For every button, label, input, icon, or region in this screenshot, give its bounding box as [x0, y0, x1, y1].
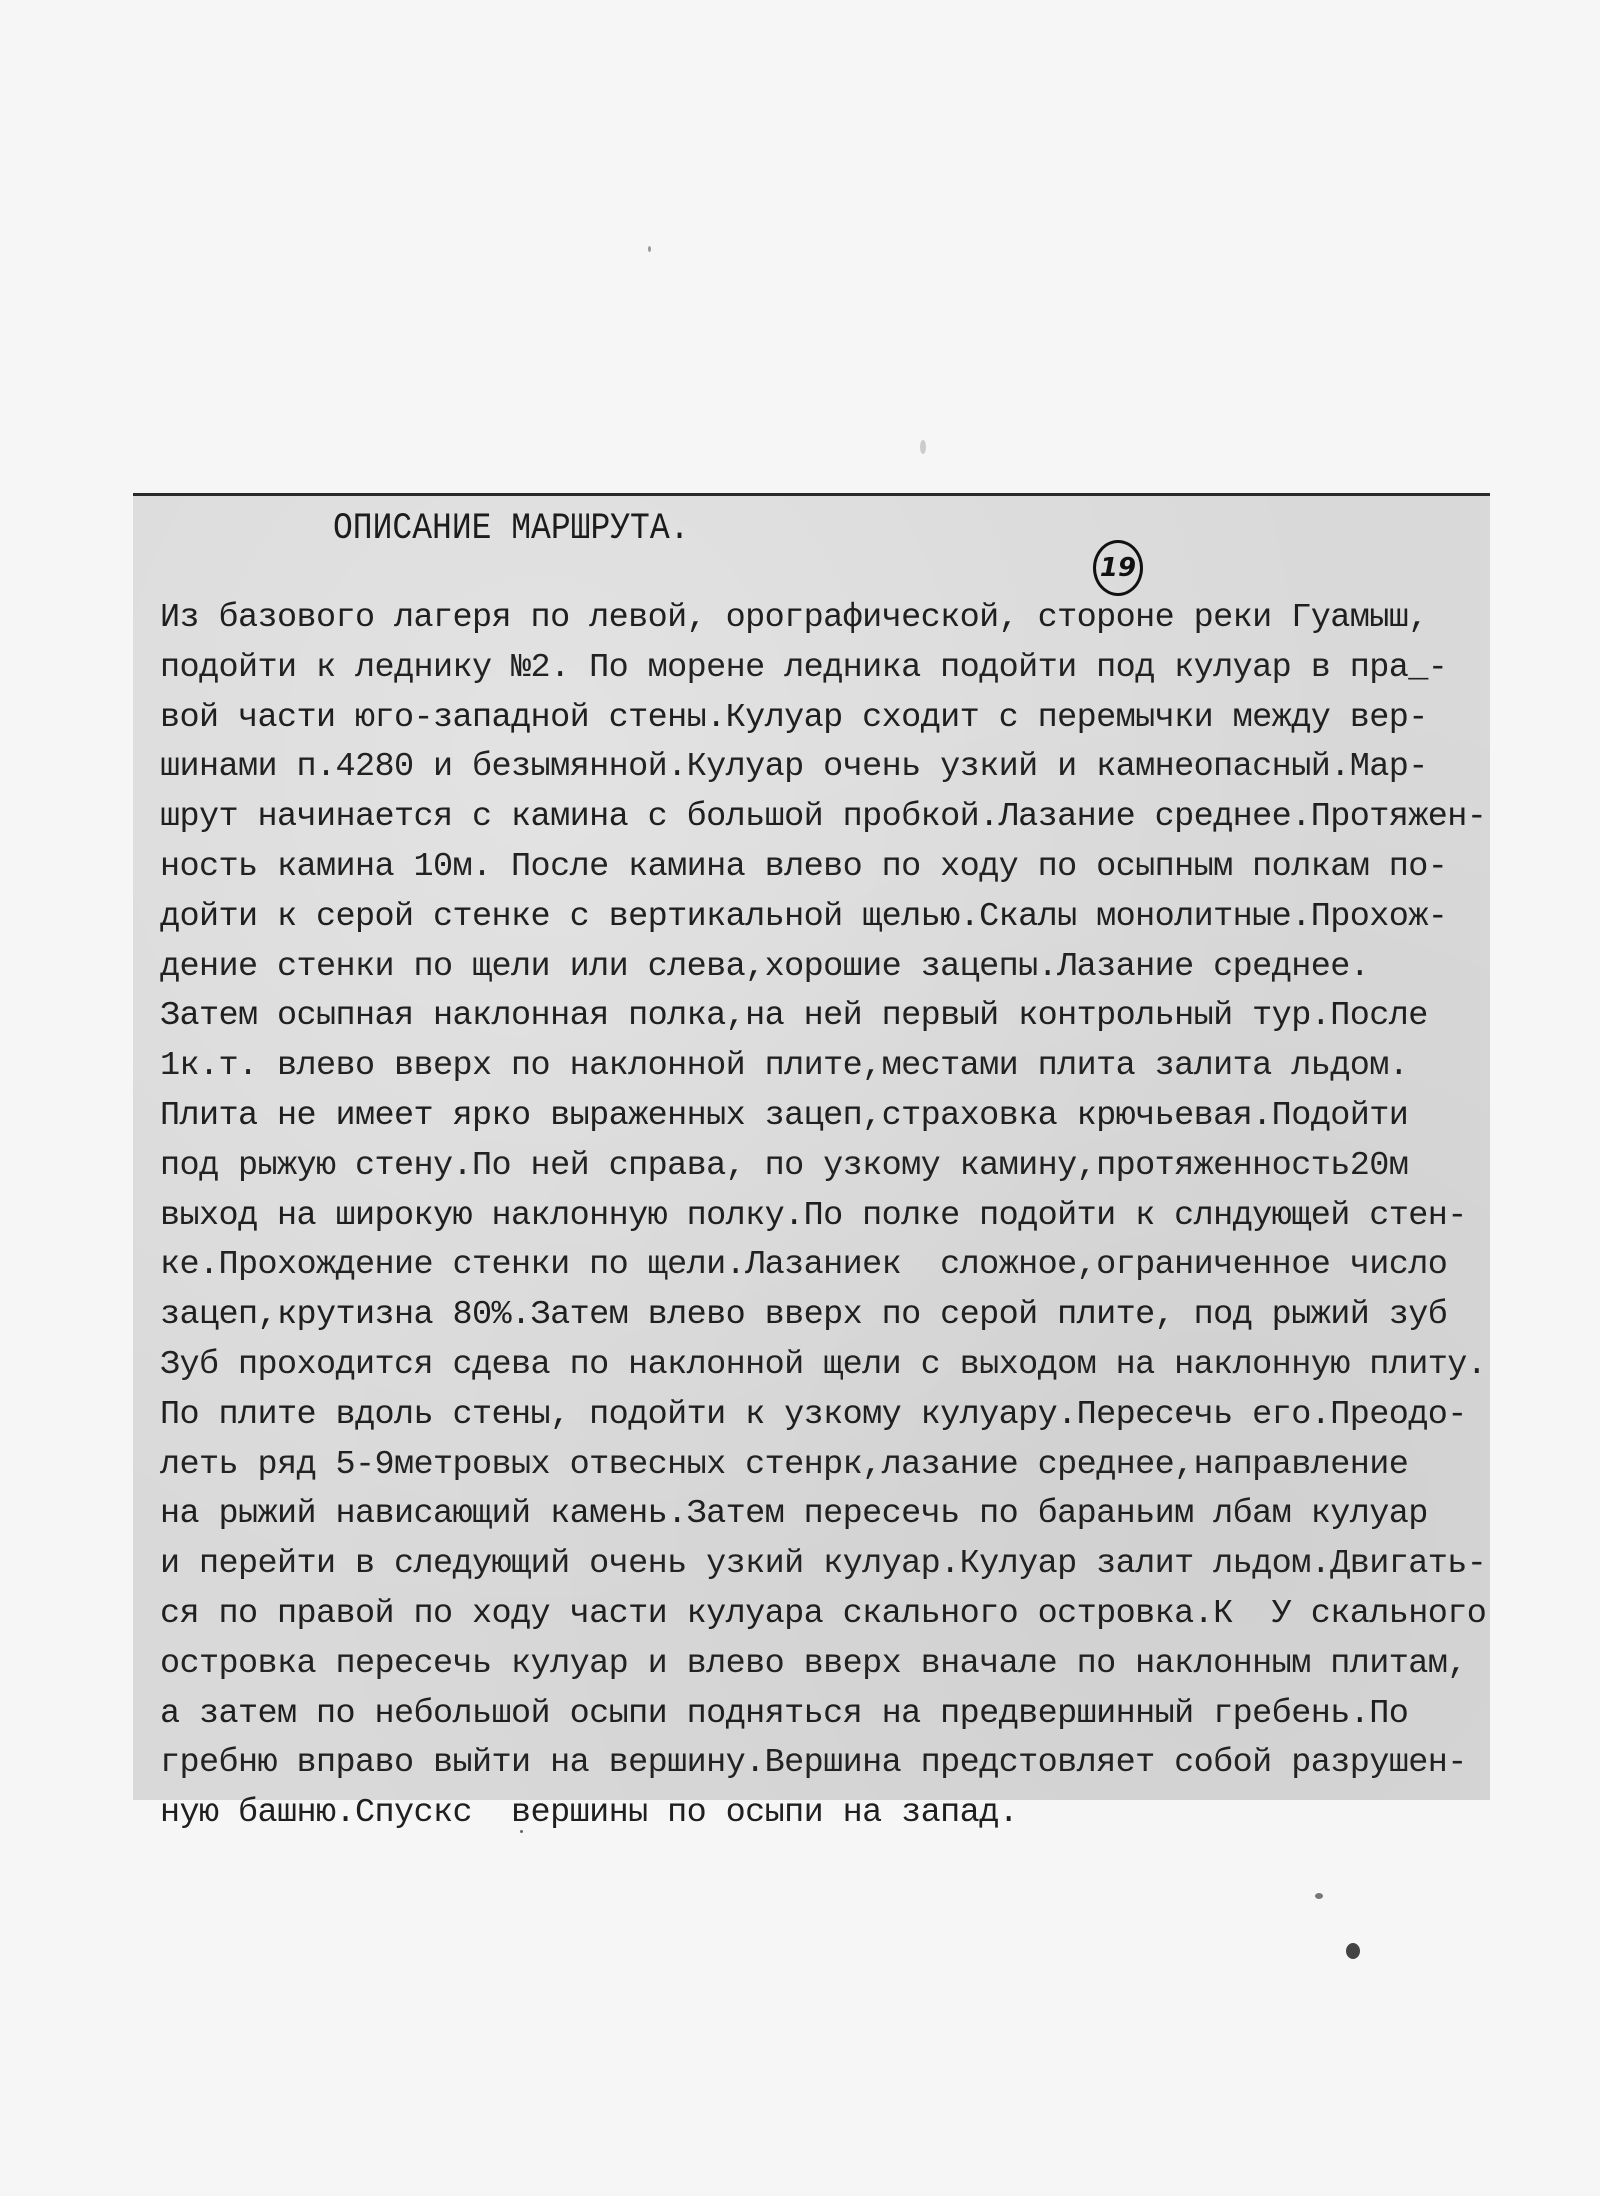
text-line: шрут начинается с камина с большой пробк… — [160, 793, 1490, 843]
text-line: ную башню.Спускс вершины по осыпи на зап… — [160, 1789, 1490, 1839]
text-line: шинами п.4280 и безымянной.Кулуар очень … — [160, 743, 1490, 793]
scan-speck — [1346, 1943, 1360, 1959]
text-line: зацеп,крутизна 80%.Затем влево вверх по … — [160, 1291, 1490, 1341]
text-line: леть ряд 5-9метровых отвесных стенрк,лаз… — [160, 1441, 1490, 1491]
text-line: Плита не имеет ярко выраженных зацеп,стр… — [160, 1092, 1490, 1142]
text-line: а затем по небольшой осыпи подняться на … — [160, 1690, 1490, 1740]
page-title: ОПИСАНИЕ МАРШРУТА. — [333, 508, 689, 549]
text-line: дение стенки по щели или слева,хорошие з… — [160, 943, 1490, 993]
scan-speck — [648, 246, 651, 252]
text-line: ность камина 10м. После камина влево по … — [160, 843, 1490, 893]
text-line: По плите вдоль стены, подойти к узкому к… — [160, 1391, 1490, 1441]
text-line: Из базового лагеря по левой, орографичес… — [160, 594, 1490, 644]
scan-speck — [1315, 1893, 1323, 1899]
text-line: выход на широкую наклонную полку.По полк… — [160, 1192, 1490, 1242]
text-line: 1к.т. влево вверх по наклонной плите,мес… — [160, 1042, 1490, 1092]
text-line: подойти к леднику №2. По морене ледника … — [160, 644, 1490, 694]
text-line: под рыжую стену.По ней справа, по узкому… — [160, 1142, 1490, 1192]
text-line: ся по правой по ходу части кулуара скаль… — [160, 1590, 1490, 1640]
route-description: Из базового лагеря по левой, орографичес… — [160, 594, 1490, 1839]
text-line: ке.Прохождение стенки по щели.Лазаниек с… — [160, 1241, 1490, 1291]
text-line: гребню вправо выйти на вершину.Вершина п… — [160, 1739, 1490, 1789]
text-line: Затем осыпная наклонная полка,на ней пер… — [160, 992, 1490, 1042]
typewritten-page: ОПИСАНИЕ МАРШРУТА. 19 Из базового лагеря… — [133, 493, 1490, 1800]
scan-speck — [920, 440, 926, 454]
text-line: Зуб проходится сдева по наклонной щели с… — [160, 1341, 1490, 1391]
text-line: островка пересечь кулуар и влево вверх в… — [160, 1640, 1490, 1690]
text-line: дойти к серой стенке с вертикальной щель… — [160, 893, 1490, 943]
text-line: на рыжий нависающий камень.Затем пересеч… — [160, 1490, 1490, 1540]
text-line: вой части юго-западной стены.Кулуар сход… — [160, 694, 1490, 744]
text-line: и перейти в следующий очень узкий кулуар… — [160, 1540, 1490, 1590]
scan-speck — [520, 1830, 523, 1833]
page-number-stamp: 19 — [1093, 540, 1143, 596]
